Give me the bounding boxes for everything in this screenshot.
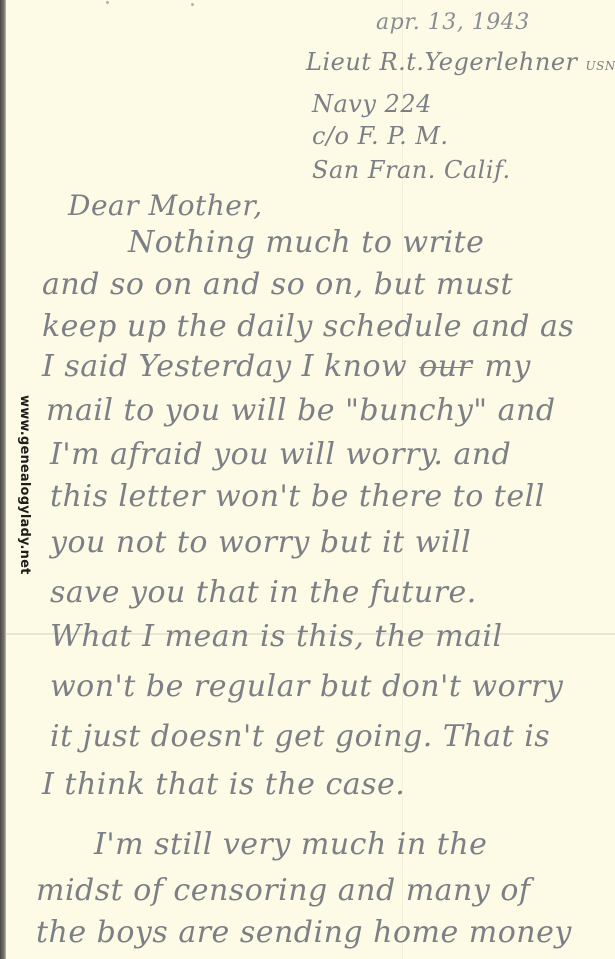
letter-line-15: midst of censoring and many of xyxy=(36,876,531,906)
letter-line-7: this letter won't be there to tell xyxy=(50,482,545,512)
letter-line-9: save you that in the future. xyxy=(50,578,477,608)
paper-speck xyxy=(106,1,109,4)
watermark-text: www.genealogylady.net xyxy=(17,395,32,575)
letter-line-2: and so on and so on, but must xyxy=(42,270,513,300)
letter-line-3: keep up the daily schedule and as xyxy=(42,312,574,342)
struck-word: our xyxy=(419,349,472,384)
letter-date: apr. 13, 1943 xyxy=(376,12,530,34)
sender-line: Lieut R.t.Yegerlehner USNR xyxy=(306,50,615,75)
letter-line-5: mail to you will be "bunchy" and xyxy=(46,396,556,426)
replacement-word: my xyxy=(484,349,530,384)
letter-line-11: won't be regular but don't worry xyxy=(50,672,563,702)
sender-rank-suffix: USNR xyxy=(586,59,615,73)
address-line-care-of: c/o F. P. M. xyxy=(312,124,449,148)
salutation: Dear Mother, xyxy=(68,192,263,220)
sender-name: Lieut R.t.Yegerlehner xyxy=(306,48,578,76)
address-line-navy: Navy 224 xyxy=(312,92,432,116)
letter-line-4-text: I said Yesterday I know xyxy=(42,349,407,384)
letter-page: www.genealogylady.net apr. 13, 1943 Lieu… xyxy=(6,0,615,959)
letter-line-13: I think that is the case. xyxy=(42,770,405,800)
letter-line-6: I'm afraid you will worry. and xyxy=(50,440,511,470)
letter-line-8: you not to worry but it will xyxy=(50,528,471,558)
letter-line-16: the boys are sending home money xyxy=(36,918,572,948)
letter-line-14: I'm still very much in the xyxy=(94,830,487,860)
address-line-city: San Fran. Calif. xyxy=(312,158,511,182)
letter-line-4: I said Yesterday I know our my xyxy=(42,352,531,382)
paper-speck xyxy=(191,3,194,6)
letter-line-12: it just doesn't get going. That is xyxy=(50,722,550,752)
letter-line-10: What I mean is this, the mail xyxy=(50,622,503,652)
letter-line-1: Nothing much to write xyxy=(128,228,484,258)
